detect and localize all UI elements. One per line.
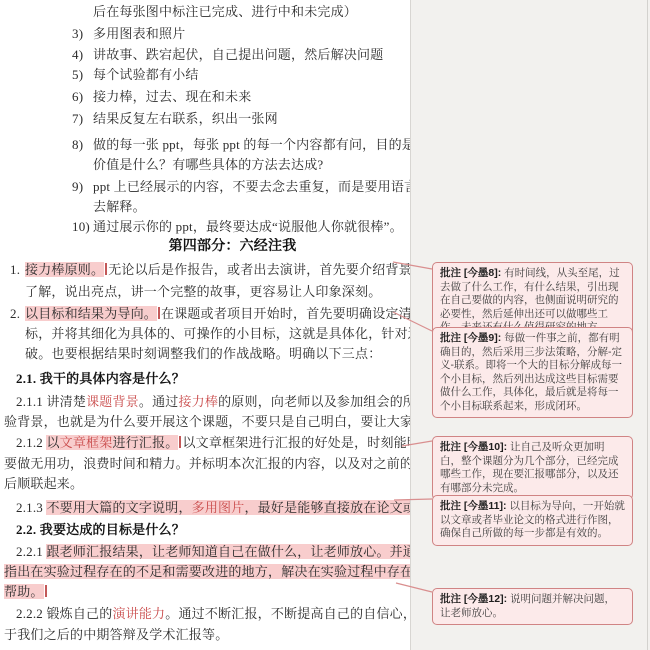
text-run: 讲故事、跌宕起伏，自己提出问题，然后解决问题 xyxy=(93,47,383,62)
text-run: 价值是什么？有哪些具体的方法去达成? xyxy=(93,157,323,172)
highlighted-text-run: 进行汇报。 xyxy=(112,435,178,450)
text-run: 了解，说出亮点，讲一个完整的故事，更容易让人印象深刻。 xyxy=(25,284,381,299)
doc-line: 2.1.2 以文章框架进行汇报。以文章框架进行汇报的好处是，时刻能明白自己要做什… xyxy=(0,434,410,451)
comment-box[interactable]: 批注 [今墨10]: 让自己及听众更加明白，整个课题分为几个部分，已经完成哪些工… xyxy=(432,436,633,500)
comment-label: 批注 [今墨8]: xyxy=(440,267,501,279)
highlighted-text-run: 多用图片 xyxy=(192,500,245,515)
section-heading: 第四部分：六经注我 xyxy=(0,238,410,255)
doc-line: 7)结果反复左右联系，织出一张网 xyxy=(0,110,410,127)
highlighted-text-run: 指出在实验过程存在的不足和需要改进的地方，解决在实验过程中存在的问题，寻求老师的 xyxy=(4,564,410,579)
list-number: 8) xyxy=(72,136,93,153)
doc-line: 于我们之后的中期答辩及学术汇报等。 xyxy=(0,626,410,643)
highlighted-text-run: 文章框架 xyxy=(60,435,113,450)
highlighted-text-run: 以目标和结果为导向。 xyxy=(25,306,157,321)
doc-line: 破。也要根据结果时刻调整我们的作战战略。明确以下三点： xyxy=(0,345,410,362)
list-number: 5) xyxy=(72,66,93,83)
list-number: 4) xyxy=(72,46,93,63)
doc-line: 指出在实验过程存在的不足和需要改进的地方，解决在实验过程中存在的问题，寻求老师的 xyxy=(0,563,410,580)
highlighted-text-run: ，最好是能够直接放在论文或者文章的照片。 xyxy=(244,500,410,515)
comment-box[interactable]: 批注 [今墨11]: 以目标为导向，一开始就以文章或者毕业论文的格式进行作图，确… xyxy=(432,495,633,546)
comment-label: 批注 [今墨11]: xyxy=(440,500,507,512)
doc-line: 2.以目标和结果为导向。在课题或者项目开始时，首先要明确设定清晰的目 xyxy=(0,305,410,322)
comment-box[interactable]: 批注 [今墨9]: 每做一件事之前，都有明确目的，然后采用三步法策略，分解-定义… xyxy=(432,327,633,418)
comment-range-bracket xyxy=(158,307,160,319)
text-run: 2.1.1 讲清楚 xyxy=(16,394,86,409)
text-run: 验背景，也就是为什么要开展这个课题，不要只是自己明白，要让大家明白自己在做什么。 xyxy=(4,414,410,429)
list-number: 2. xyxy=(10,305,25,322)
highlighted-text-run: 跟老师汇报结果，让老师知道自己在做什么，让老师放心。并通过此次汇报，让老师 xyxy=(46,544,410,559)
doc-line: 2.2. 我要达成的目标是什么？ xyxy=(0,521,410,538)
doc-line: 去解释。 xyxy=(0,198,410,215)
text-run: 结果反复左右联系，织出一张网 xyxy=(93,111,278,126)
text-run: 以文章框架进行汇报的好处是，时刻能明白自己要做什么，不 xyxy=(182,435,410,450)
text-run: 于我们之后的中期答辩及学术汇报等。 xyxy=(4,627,228,642)
doc-line: 8)做的每一张 ppt，每张 ppt 的每一个内容都有问，目的是什么？ xyxy=(0,136,410,153)
list-number: 7) xyxy=(72,110,93,127)
text-run: 的原则，向老师以及参加组会的所有人讲清楚自己的实 xyxy=(218,394,410,409)
list-number: 10) xyxy=(72,218,93,235)
text-run: 去解释。 xyxy=(93,199,146,214)
red-text-run: 课题背景 xyxy=(86,394,139,409)
doc-line: 标，并将其细化为具体的、可操作的小目标，这就是具体化，针对逐个击 xyxy=(0,325,410,342)
text-run: 每个试验都有小结 xyxy=(93,67,199,82)
list-number: 3) xyxy=(72,25,93,42)
doc-line: 2.1. 我干的具体内容是什么？ xyxy=(0,370,410,387)
highlighted-text-run: 以 xyxy=(46,435,59,450)
doc-line: 后在每张图中标注已完成、进行中和未完成） xyxy=(0,3,410,20)
text-run: 2.2. 我要达成的目标是什么？ xyxy=(16,522,185,537)
page-right-edge xyxy=(647,0,648,650)
text-run: ppt 上已经展示的内容，不要去念去重复，而是要用语言去连接 xyxy=(93,179,410,194)
text-run: 无论以后是作报告，或者出去演讲，首先要介绍背景，让听众 xyxy=(108,262,410,277)
text-run: 第四部分：六经注我 xyxy=(169,239,297,254)
text-run: 破。也要根据结果时刻调整我们的作战战略。明确以下三点： xyxy=(25,346,381,361)
text-run: 标，并将其细化为具体的、可操作的小目标，这就是具体化，针对逐个击 xyxy=(25,326,410,341)
list-number: 6) xyxy=(72,88,93,105)
doc-line: 要做无用功，浪费时间和精力。并标明本次汇报的内容，以及对之前的结果做一个总结，前 xyxy=(0,455,410,472)
text-run: 接力棒，过去、现在和未来 xyxy=(93,89,251,104)
doc-line: 了解，说出亮点，讲一个完整的故事，更容易让人印象深刻。 xyxy=(0,283,410,300)
text-run: 。通过不断汇报，不断提高自己的自信心，减少紧张干，也有助 xyxy=(165,606,410,621)
red-text-run: 接力棒 xyxy=(178,394,218,409)
doc-line: 2.2.2 锻炼自己的演讲能力。通过不断汇报，不断提高自己的自信心，减少紧张干，… xyxy=(0,605,410,622)
text-run: 在课题或者项目开始时，首先要明确设定清晰的目 xyxy=(161,306,410,321)
highlighted-text-run: 帮助。 xyxy=(4,584,44,599)
text-run: 2.1.2 xyxy=(16,435,46,450)
doc-line: 2.1.3 不要用大篇的文字说明，多用图片，最好是能够直接放在论文或者文章的照片… xyxy=(0,499,410,516)
comment-label: 批注 [今墨9]: xyxy=(440,332,501,344)
doc-line: 9)ppt 上已经展示的内容，不要去念去重复，而是要用语言去连接 xyxy=(0,178,410,195)
text-run: 做的每一张 ppt，每张 ppt 的每一个内容都有问，目的是什么？ xyxy=(93,137,410,152)
list-number: 9) xyxy=(72,178,93,195)
doc-line: 2.1.1 讲清楚课题背景。通过接力棒的原则，向老师以及参加组会的所有人讲清楚自… xyxy=(0,393,410,410)
comment-range-bracket xyxy=(105,263,107,275)
text-run: 2.2.1 xyxy=(16,544,46,559)
text-run: 后在每张图中标注已完成、进行中和未完成） xyxy=(93,4,357,19)
text-run: 2.2.2 锻炼自己的 xyxy=(16,606,112,621)
doc-line: 6)接力棒，过去、现在和未来 xyxy=(0,88,410,105)
doc-line: 价值是什么？有哪些具体的方法去达成? xyxy=(0,156,410,173)
doc-line: 验背景，也就是为什么要开展这个课题，不要只是自己明白，要让大家明白自己在做什么。 xyxy=(0,413,410,430)
doc-line: 5)每个试验都有小结 xyxy=(0,66,410,83)
comment-box[interactable]: 批注 [今墨12]: 说明问题并解决问题，让老师放心。 xyxy=(432,588,633,625)
text-run: 后顺联起来。 xyxy=(4,476,83,491)
doc-line: 4)讲故事、跌宕起伏，自己提出问题，然后解决问题 xyxy=(0,46,410,63)
text-run: 2.1. 我干的具体内容是什么？ xyxy=(16,371,185,386)
doc-line: 1.接力棒原则。无论以后是作报告，或者出去演讲，首先要介绍背景，让听众 xyxy=(0,261,410,278)
doc-line: 10)通过展示你的 ppt，最终要达成“说服他人你就很棒”。 xyxy=(0,218,410,235)
comments-margin-pane: 批注 [今墨8]: 有时间线，从头至尾，过去做了什么工作，有什么结果，引出现在自… xyxy=(410,0,650,650)
doc-line: 2.2.1 跟老师汇报结果，让老师知道自己在做什么，让老师放心。并通过此次汇报，… xyxy=(0,543,410,560)
text-run: 通过展示你的 ppt，最终要达成“说服他人你就很棒”。 xyxy=(93,219,403,234)
comment-range-bracket xyxy=(45,585,47,597)
text-run: 要做无用功，浪费时间和精力。并标明本次汇报的内容，以及对之前的结果做一个总结，前 xyxy=(4,456,410,471)
text-run: 多用图表和照片 xyxy=(93,26,185,41)
doc-line: 3)多用图表和照片 xyxy=(0,25,410,42)
comment-label: 批注 [今墨12]: xyxy=(440,593,507,605)
highlighted-text-run: 不要用大篇的文字说明， xyxy=(46,500,191,515)
comment-label: 批注 [今墨10]: xyxy=(440,441,507,453)
document-page: 后在每张图中标注已完成、进行中和未完成）3)多用图表和照片4)讲故事、跌宕起伏，… xyxy=(0,0,410,650)
highlighted-text-run: 接力棒原则。 xyxy=(25,262,104,277)
text-run: 2.1.3 xyxy=(16,500,46,515)
text-run: 。通过 xyxy=(139,394,179,409)
red-text-run: 演讲能力 xyxy=(112,606,165,621)
doc-line: 帮助。 xyxy=(0,583,410,600)
list-number: 1. xyxy=(10,261,25,278)
word-document-review-view: { "colors": { "highlight": "#f8cdcd", "r… xyxy=(0,0,650,650)
doc-line: 后顺联起来。 xyxy=(0,475,410,492)
